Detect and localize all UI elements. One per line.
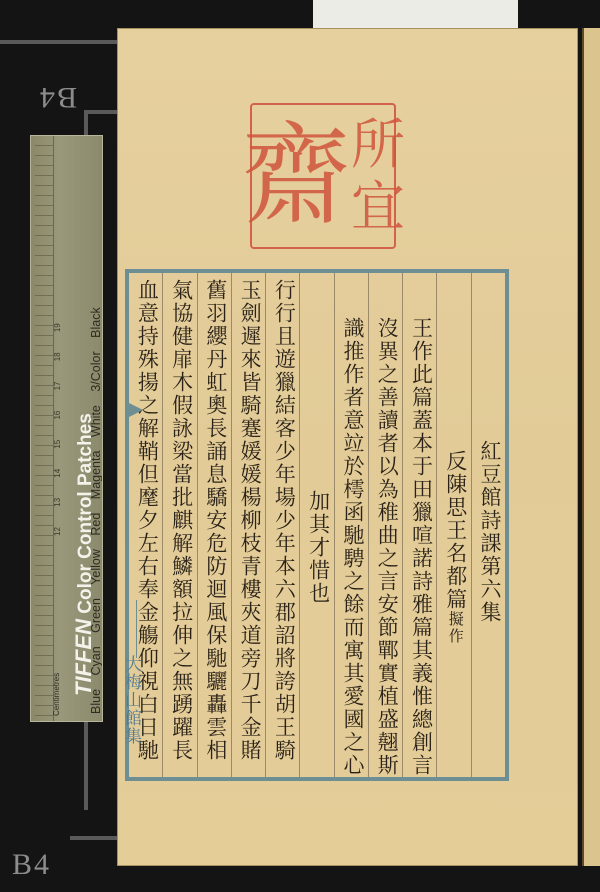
margin-book-title: 大梅山館集 [120,655,142,745]
column-poem: 玉劍遲來皆騎蹇媛媛楊柳枝青樓夾道旁刀千金賭一酉解結 [231,273,265,777]
adjacent-page [582,28,600,866]
column-preface: 王作此篇蓋本于田獵喧諾詩雅篇其義惟總創言 [402,273,436,777]
seal-char: 宜 [351,176,405,238]
board-guide-line-top [0,40,117,44]
seal-char: 所 [351,114,405,176]
seal-left-column: 齋 [241,113,351,239]
text-columns: 紅豆館詩課第六集 反陳思王名都篇擬作 王作此篇蓋本于田獵喧諾詩雅篇其義惟總創言 … [129,273,505,777]
column-poem-title: 反陳思王名都篇擬作 [436,273,470,777]
red-seal-stamp: 所 宜 齋 [250,103,396,249]
column-preface: 加其才惜也 [299,273,333,777]
ruler-numbers: 12 13 14 15 16 17 18 19 [53,323,62,536]
seal-right-column: 所 宜 [351,114,405,238]
board-guide-line-bottom [70,836,117,840]
column-title: 紅豆館詩課第六集 [471,273,505,777]
patch-labels: Blue Cyan Green Yellow Red Magenta White… [89,307,103,714]
column-poem: 行行且遊獵結客少年場少年本六郡詔將誇胡王騎馳佩 [265,273,299,777]
seal-char: 齋 [241,113,351,239]
units-label: Centimetres [52,673,61,716]
text-frame: 紅豆館詩課第六集 反陳思王名都篇擬作 王作此篇蓋本于田獵喧諾詩雅篇其義惟總創言 … [125,269,509,781]
column-preface: 沒異之善讀者以為稚曲之言安節鄲實植盛翹斯術 [368,273,402,777]
centimetre-ruler [35,136,54,721]
column-preface: 識推作者意竝於樗函馳騁之餘而寓其愛國之心者亦 [334,273,368,777]
color-control-card: 12 13 14 15 16 17 18 19 Centimetres TIFF… [30,135,103,722]
column-poem: 氣協健扉木假詠梁當批麒解鱗額拉伸之無踴躍長流腥 [162,273,196,777]
board-label-top: B4 [38,80,77,114]
board-guide-line-corner [84,110,117,114]
board-label-bottom: B4 [12,848,51,882]
column-poem: 舊羽纓丹虹奧長誦息驕安危防迴風保馳驪轟雲相依草盛 [197,273,231,777]
margin-divider [136,600,137,658]
